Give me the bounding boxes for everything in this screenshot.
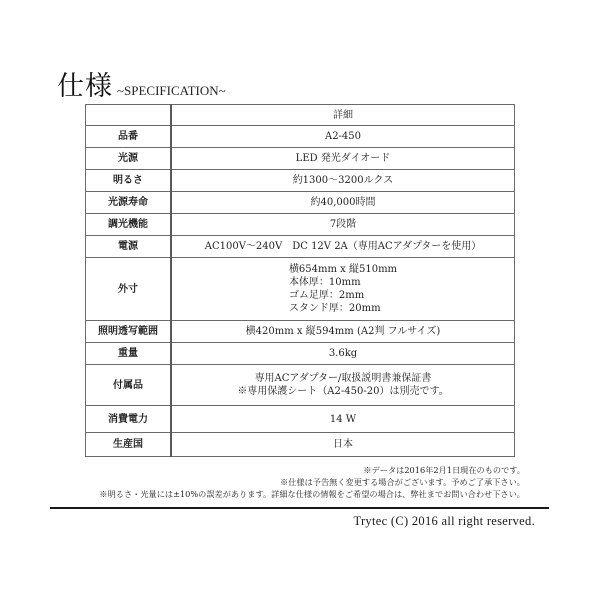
line: ゴム足厚：2mm [289,290,364,301]
row-label: 消費電力 [86,406,172,433]
table-row-lifetime: 光源寿命 約40,000時間 [86,192,515,214]
row-value: A2-450 [171,126,515,148]
table-row-weight: 重量 3.6kg [86,343,515,365]
line: ※専用保護シート（A2-450-20）は別売です。 [237,386,448,397]
table-row-model: 品番 A2-450 [86,126,515,148]
header-label-cell [86,105,172,126]
footnote: ※データは2016年2月1日現在のものです。 [99,464,525,476]
header-value-cell: 詳細 [171,105,515,126]
row-label: 照明透写範囲 [86,321,172,343]
row-value: 専用ACアダプター/取扱説明書兼保証書 ※専用保護シート（A2-450-20）は… [171,365,515,406]
accessories-lines: 専用ACアダプター/取扱説明書兼保証書 ※専用保護シート（A2-450-20）は… [237,372,448,398]
dimensions-lines: 横654mm x 縦510mm 本体厚：10mm ゴム足厚：2mm スタンド厚：… [289,263,397,315]
row-value: AC100V～240V DC 12V 2A（専用ACアダプターを使用） [171,236,515,258]
row-label: 光源寿命 [86,192,172,214]
copyright: Trytec (C) 2016 all right reserved. [353,514,535,529]
row-label: 明るさ [86,170,172,192]
title-main: 仕様 [57,64,113,103]
row-value: 日本 [171,433,515,457]
table-row-dimensions: 外寸 横654mm x 縦510mm 本体厚：10mm ゴム足厚：2mm スタン… [86,258,515,321]
footnote: ※仕様は予告無く変更する場合がございます。予めご了承下さい。 [99,476,525,488]
row-label: 付属品 [86,365,172,406]
row-value: 約40,000時間 [171,192,515,214]
row-label: 電源 [86,236,172,258]
row-value: 14 W [171,406,515,433]
row-value: 横654mm x 縦510mm 本体厚：10mm ゴム足厚：2mm スタンド厚：… [171,258,515,321]
footnote: ※明るさ・光量には±10%の誤差があります。詳細な仕様の情報をご希望の場合は、弊… [99,488,525,500]
spec-table: 詳細 品番 A2-450 光源 LED 発光ダイオード 明るさ 約1300～32… [85,104,515,457]
row-label: 重量 [86,343,172,365]
line: 横654mm x 縦510mm [289,264,397,275]
table-row-power-consumption: 消費電力 14 W [86,406,515,433]
footer-divider [50,507,549,509]
table-row-dimming: 調光機能 7段階 [86,214,515,236]
row-value: 約1300～3200ルクス [171,170,515,192]
row-label: 調光機能 [86,214,172,236]
table-row-light-source: 光源 LED 発光ダイオード [86,148,515,170]
line: 専用ACアダプター/取扱説明書兼保証書 [255,373,432,384]
table-row-accessories: 付属品 専用ACアダプター/取扱説明書兼保証書 ※専用保護シート（A2-450-… [86,365,515,406]
row-label: 品番 [86,126,172,148]
row-label: 生産国 [86,433,172,457]
row-label: 外寸 [86,258,172,321]
line: スタンド厚：20mm [289,303,381,314]
table-row-brightness: 明るさ 約1300～3200ルクス [86,170,515,192]
row-value: 3.6kg [171,343,515,365]
table-header-row: 詳細 [86,105,515,126]
footnotes: ※データは2016年2月1日現在のものです。 ※仕様は予告無く変更する場合がござ… [99,464,525,500]
title-subtitle: ~SPECIFICATION~ [117,83,226,99]
table-row-power-supply: 電源 AC100V～240V DC 12V 2A（専用ACアダプターを使用） [86,236,515,258]
row-label: 光源 [86,148,172,170]
line: 本体厚：10mm [289,277,361,288]
table-row-country: 生産国 日本 [86,433,515,457]
row-value: 横420mm x 縦594mm (A2判 フルサイズ) [171,321,515,343]
table-row-tracing-area: 照明透写範囲 横420mm x 縦594mm (A2判 フルサイズ) [86,321,515,343]
row-value: 7段階 [171,214,515,236]
page-title: 仕様 ~SPECIFICATION~ [57,64,226,103]
row-value: LED 発光ダイオード [171,148,515,170]
